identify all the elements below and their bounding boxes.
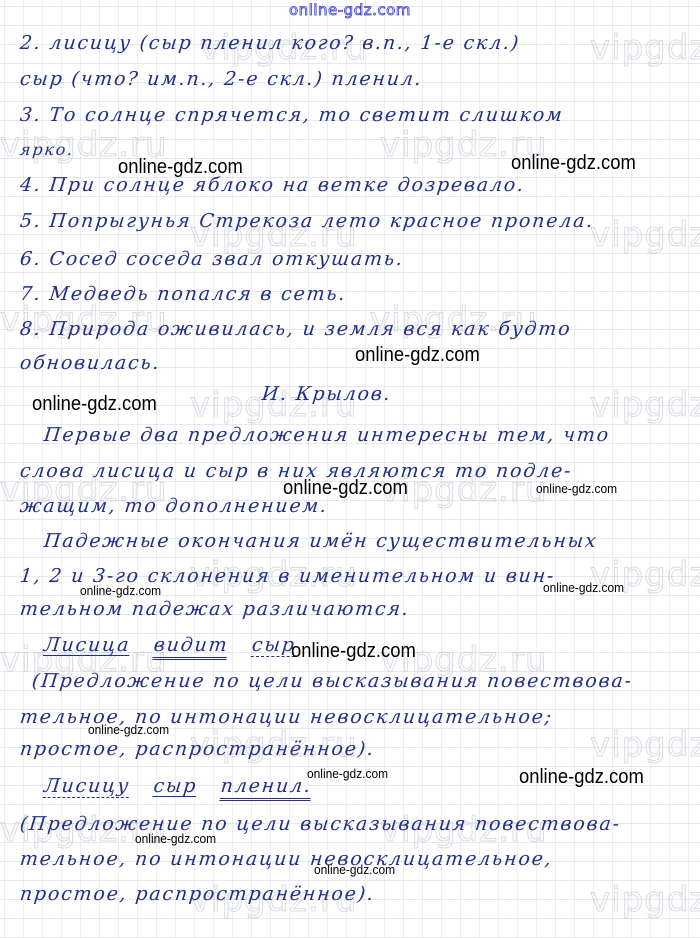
overlay-watermark: online-gdz.com [536,481,617,496]
hw-line: обновилась. [19,352,162,374]
hw-line: (Предложение по цели высказывания повест… [19,813,622,835]
hw-line: ярко. [19,140,75,159]
sentence-object: сыр [251,634,297,657]
overlay-watermark: online-gdz.com [80,583,161,598]
overlay-watermark: online-gdz.com [135,831,216,846]
overlay-watermark: online-gdz.com [511,152,636,175]
sentence-subject: Лисица [43,634,132,656]
hw-line: 8. Природа оживилась, и земля вся как бу… [19,318,573,340]
faint-watermark: vipgdz.ru [590,385,700,425]
hw-line: Падежные окончания имён существительных [43,530,599,552]
faint-watermark: vipgdz.ru [590,880,700,920]
hw-line: Первые два предложения интересны тем, чт… [43,424,611,446]
overlay-watermark: online-gdz.com [314,862,395,877]
sentence-object: Лисицу [43,775,131,798]
sentence-predicate: пленил. [219,775,313,801]
overlay-watermark: online-gdz.com [355,344,480,367]
overlay-watermark: online-gdz.com [543,580,624,595]
overlay-watermark: online-gdz.com [32,393,157,416]
hw-line: простое, распространённое). [19,883,376,905]
hw-line: тельное, по интонации невосклицательное, [19,848,554,870]
hw-line: 4. При солнце яблоко на ветке дозревало. [19,174,526,196]
parsed-sentence-1: Лисица видит сыр [43,634,297,656]
overlay-watermark: online-gdz.com [519,766,644,789]
sentence-subject: сыр [152,775,198,797]
hw-line: простое, распространённое). [19,738,376,760]
faint-watermark: vipgdz.ru [590,725,700,765]
hw-line: тельном падежах различаются. [19,598,411,620]
hw-line: (Предложение по цели высказывания повест… [31,670,634,692]
overlay-watermark: online-gdz.com [118,156,243,179]
faint-watermark: vipgdz.ru [590,215,700,255]
overlay-watermark: online-gdz.com [283,477,408,500]
header-watermark: online-gdz.com [289,1,411,19]
overlay-watermark: online-gdz.com [291,640,416,663]
faint-watermark: vipgdz.ru [590,28,700,68]
hw-line: 3. То солнце спрячется, то светит слишко… [19,104,565,126]
notebook-page: vipgdz.ru vipgdz.ru vipgdz.ru vipgdz.ru … [0,0,700,938]
hw-line: сыр (что? им.п., 2-е скл.) пленил. [19,68,424,90]
overlay-watermark: online-gdz.com [307,766,388,781]
hw-line: 5. Попрыгунья Стрекоза лето красное проп… [19,210,595,232]
hw-line: 7. Медведь попался в сеть. [19,283,348,305]
hw-line: 6. Сосед соседа звал откушать. [19,248,405,270]
parsed-sentence-2: Лисицу сыр пленил. [43,775,313,797]
author-signature: И. Крылов. [261,383,393,405]
sentence-predicate: видит [152,634,229,660]
hw-line: 2. лисицу (сыр пленил кого? в.п., 1-е ск… [19,32,521,54]
overlay-watermark: online-gdz.com [88,722,169,737]
